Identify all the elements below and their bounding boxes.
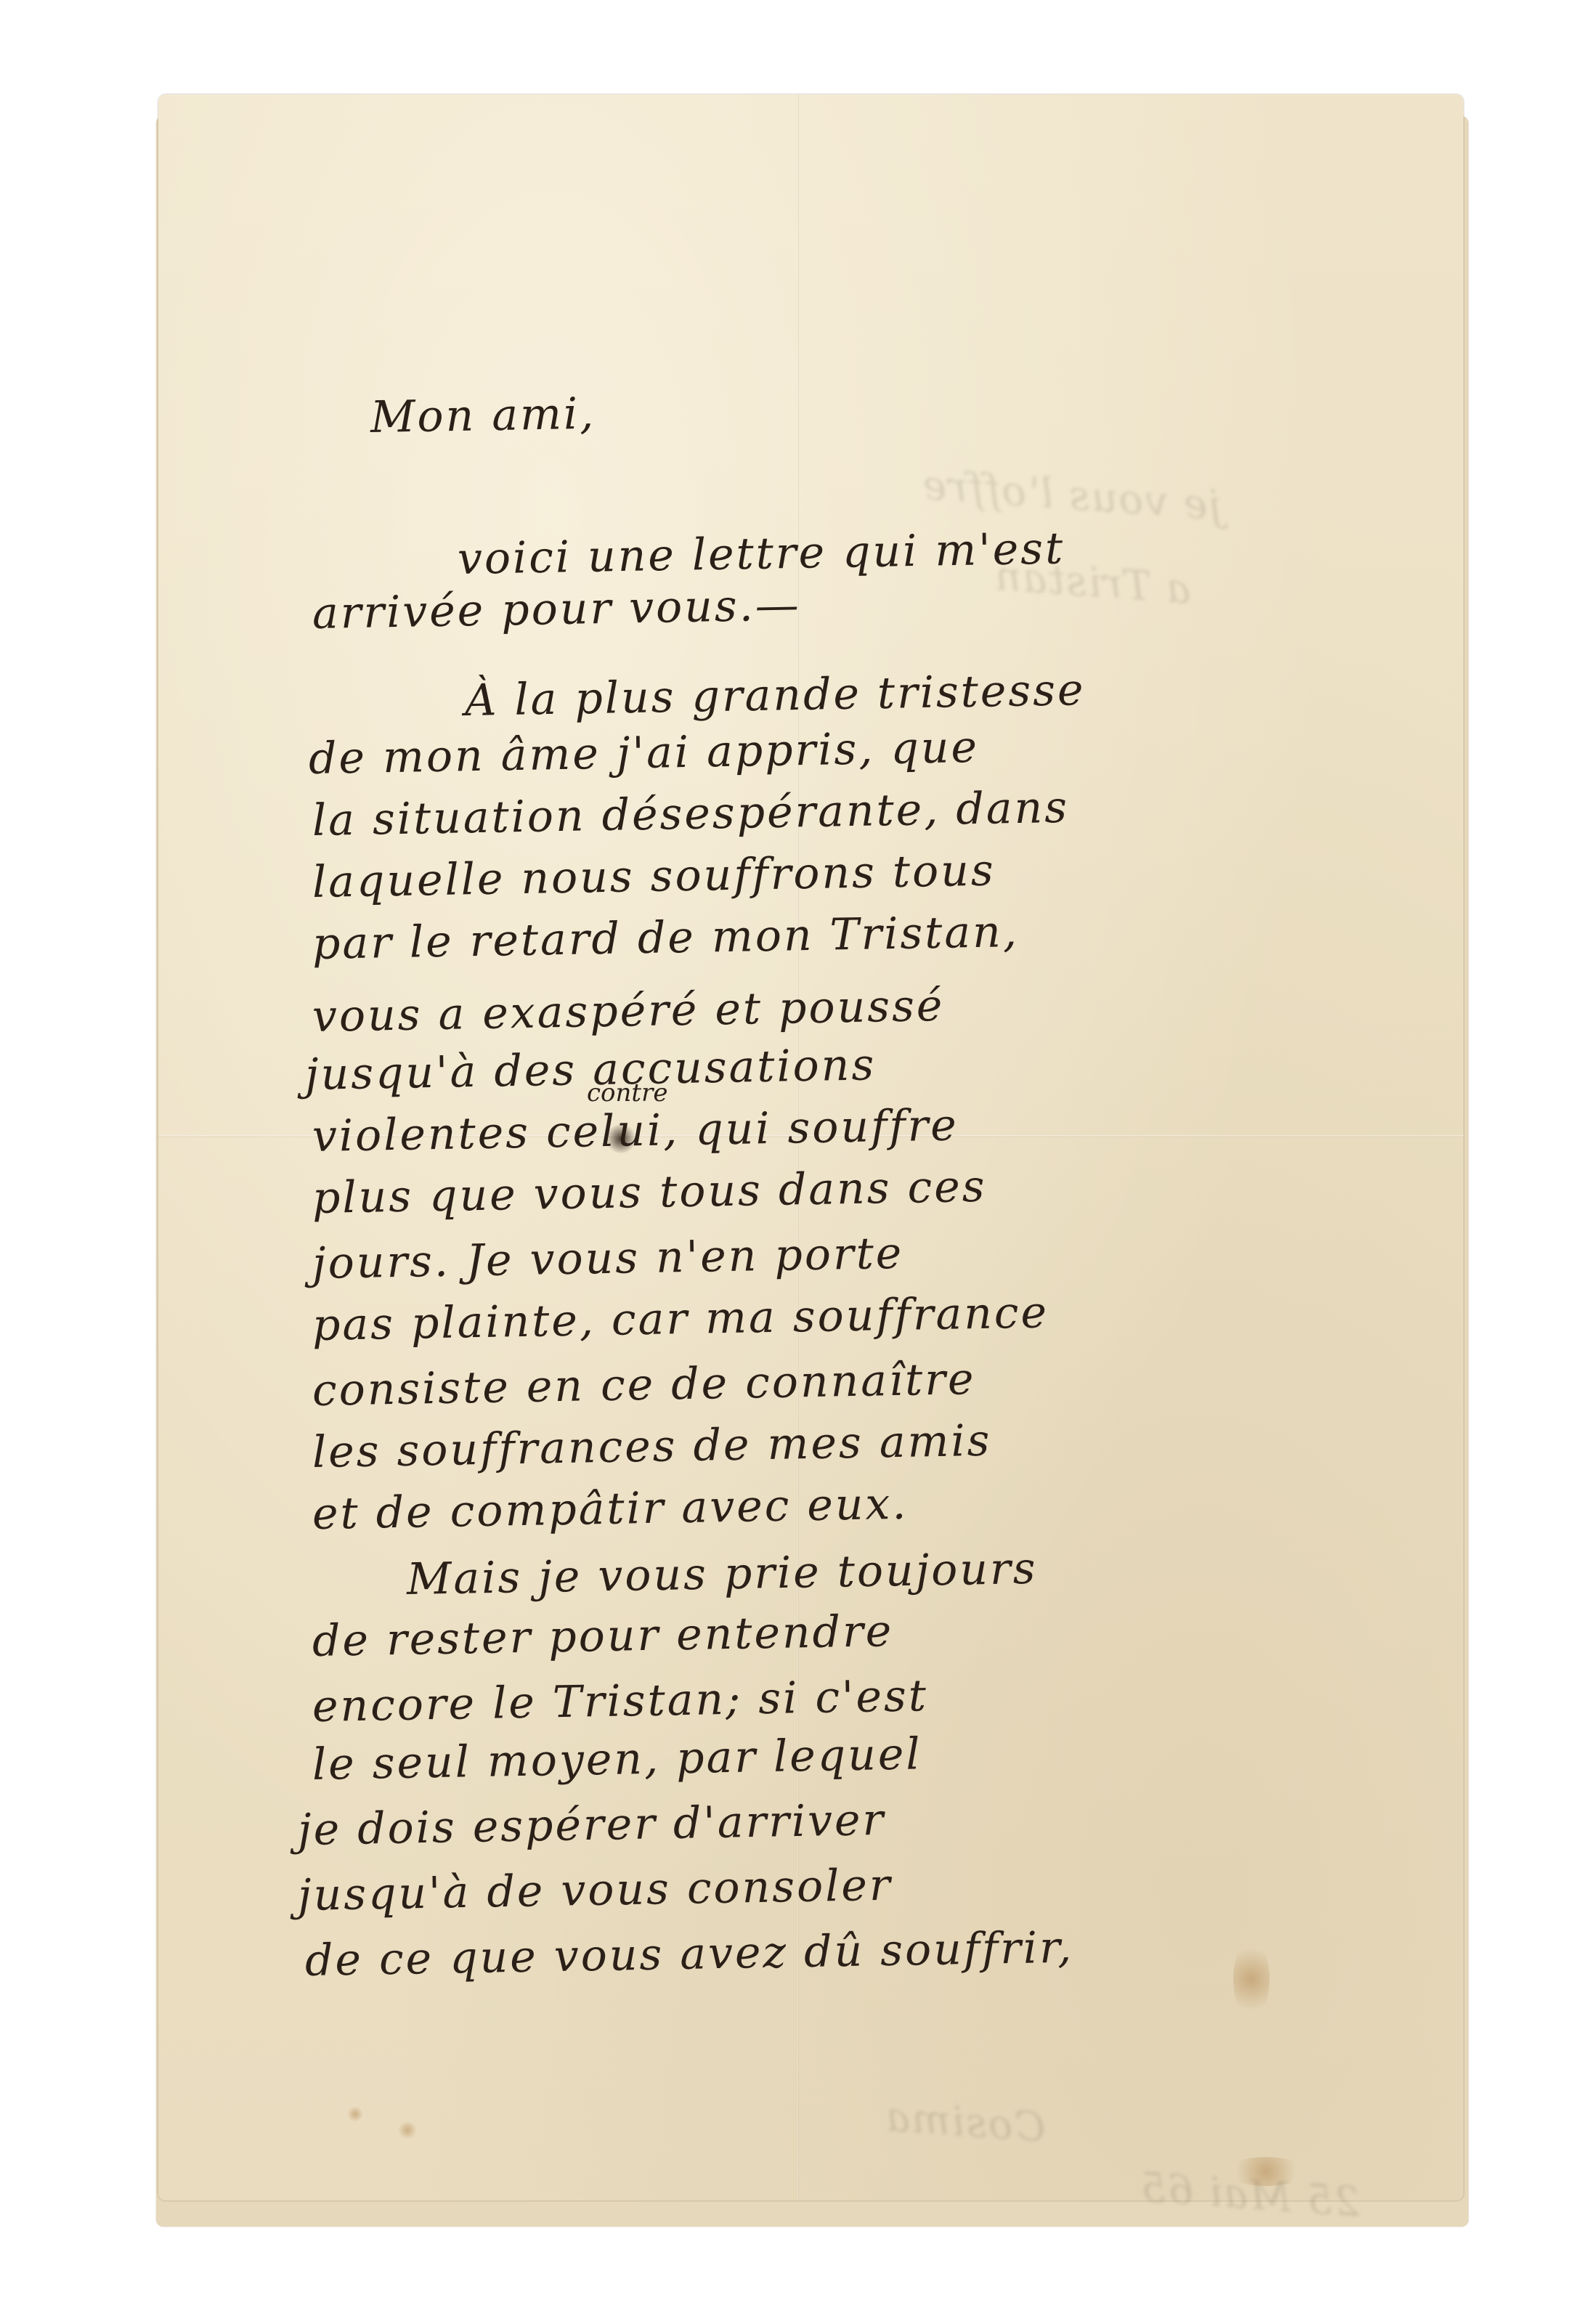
letter-line: la situation désespérante, dans <box>312 782 1069 846</box>
foxing-stain <box>347 2106 363 2122</box>
ink-smudge <box>1233 1939 1270 2019</box>
struck-word-blot <box>605 1124 637 1153</box>
foxing-stain <box>398 2121 417 2140</box>
letter-line: je dois espérer d'arriver <box>297 1795 885 1856</box>
letter-line: laquelle nous souffrons tous <box>312 845 996 908</box>
letter-line: encore le Tristan; si c'est <box>312 1670 928 1732</box>
inserted-word: contre <box>587 1078 667 1108</box>
letter-line: Mais je vous prie toujours <box>406 1543 1038 1605</box>
letter-line: À la plus grande tristesse <box>464 665 1086 726</box>
bleed-through-text: je vous l'offre <box>919 462 1223 530</box>
foxing-stain <box>1226 2157 1306 2186</box>
letter-line: de mon âme j'ai appris, que <box>308 722 979 784</box>
letter-line: de rester pour entendre <box>312 1606 893 1667</box>
letter-line: jours. Je vous n'en porte <box>312 1228 903 1289</box>
letter-line: les souffrances de mes amis <box>312 1415 992 1478</box>
letter-line: jusqu'à de vous consoler <box>297 1860 893 1921</box>
letter-line: consiste en ce de connaître <box>312 1354 976 1416</box>
letter-line: voici une lettre qui m'est <box>457 523 1065 585</box>
letter-line: pas plainte, car ma souffrance <box>312 1287 1049 1351</box>
letter-line: le seul moyen, par lequel <box>312 1728 922 1790</box>
letter-line: violentes celui, qui souffre <box>312 1100 959 1162</box>
letter-line: vous a exaspéré et poussé <box>312 980 945 1042</box>
bleed-through-text: Cosima <box>883 2093 1047 2151</box>
letter-line: et de compâtir avec eux. <box>312 1479 909 1540</box>
letter-line: arrivée pour vous.— <box>312 580 801 639</box>
letter-line: plus que vous tous dans ces <box>312 1161 987 1224</box>
salutation: Mon ami, <box>370 389 596 443</box>
letter-line: par le retard de mon Tristan, <box>312 906 1019 970</box>
letter-line: de ce que vous avez dû souffrir, <box>304 1922 1073 1986</box>
letter-page: je vous l'offre a Tristan 25 Mai 65 Cosi… <box>158 94 1463 2201</box>
